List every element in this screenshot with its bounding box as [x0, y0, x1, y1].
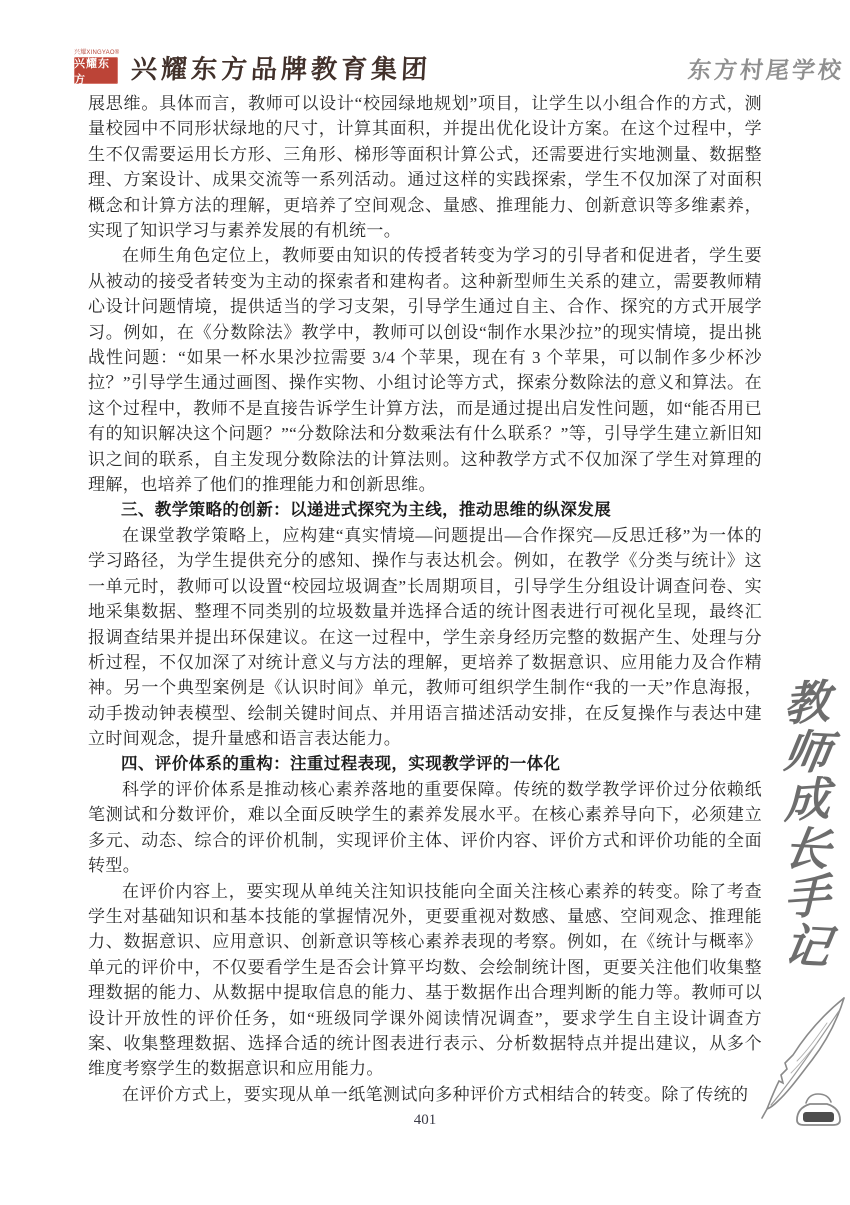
calligraphy-watermark: 教 师 成 长 手 记	[770, 680, 844, 971]
page-number: 401	[0, 1112, 850, 1129]
paragraph: 在师生角色定位上，教师要由知识的传授者转变为学习的引导者和促进者，学生要从被动的…	[88, 243, 762, 497]
section-heading-4: 四、评价体系的重构：注重过程表现，实现教学评的一体化	[88, 752, 762, 777]
paragraph: 在课堂教学策略上，应构建“真实情境—问题提出—合作探究—反思迁移”为一体的学习路…	[88, 523, 762, 752]
brand-logo: 兴耀XINGYAO® 兴耀东方	[74, 49, 124, 84]
watermark-char: 记	[780, 921, 834, 972]
watermark-char: 教	[784, 678, 830, 730]
watermark-char: 手	[784, 872, 830, 924]
watermark-char: 师	[780, 727, 834, 778]
page-header: 兴耀XINGYAO® 兴耀东方 兴耀东方品牌教育集团 东方村尾学校	[0, 0, 850, 96]
document-body: 展思维。具体而言，教师可以设计“校园绿地规划”项目，让学生以小组合作的方式，测量…	[88, 91, 762, 1107]
watermark-char: 长	[780, 824, 834, 875]
quill-ink-icon	[757, 991, 850, 1129]
brand-seal-icon: 兴耀东方	[74, 57, 118, 84]
company-name: 兴耀东方品牌教育集团	[130, 54, 432, 86]
section-heading-3: 三、教学策略的创新：以递进式探究为主线，推动思维的纵深发展	[88, 498, 762, 523]
paragraph: 科学的评价体系是推动核心素养落地的重要保障。传统的数学教学评价过分依赖纸笔测试和…	[88, 777, 762, 879]
document-page: 兴耀XINGYAO® 兴耀东方 兴耀东方品牌教育集团 东方村尾学校 展思维。具体…	[0, 0, 850, 1205]
paragraph: 在评价方式上，要实现从单一纸笔测试向多种评价方式相结合的转变。除了传统的	[88, 1082, 762, 1107]
paragraph: 在评价内容上，要实现从单纯关注知识技能向全面关注核心素养的转变。除了考查学生对基…	[88, 879, 762, 1082]
watermark-char: 成	[784, 775, 830, 827]
paragraph: 展思维。具体而言，教师可以设计“校园绿地规划”项目，让学生以小组合作的方式，测量…	[88, 91, 762, 243]
school-name: 东方村尾学校	[687, 57, 846, 85]
